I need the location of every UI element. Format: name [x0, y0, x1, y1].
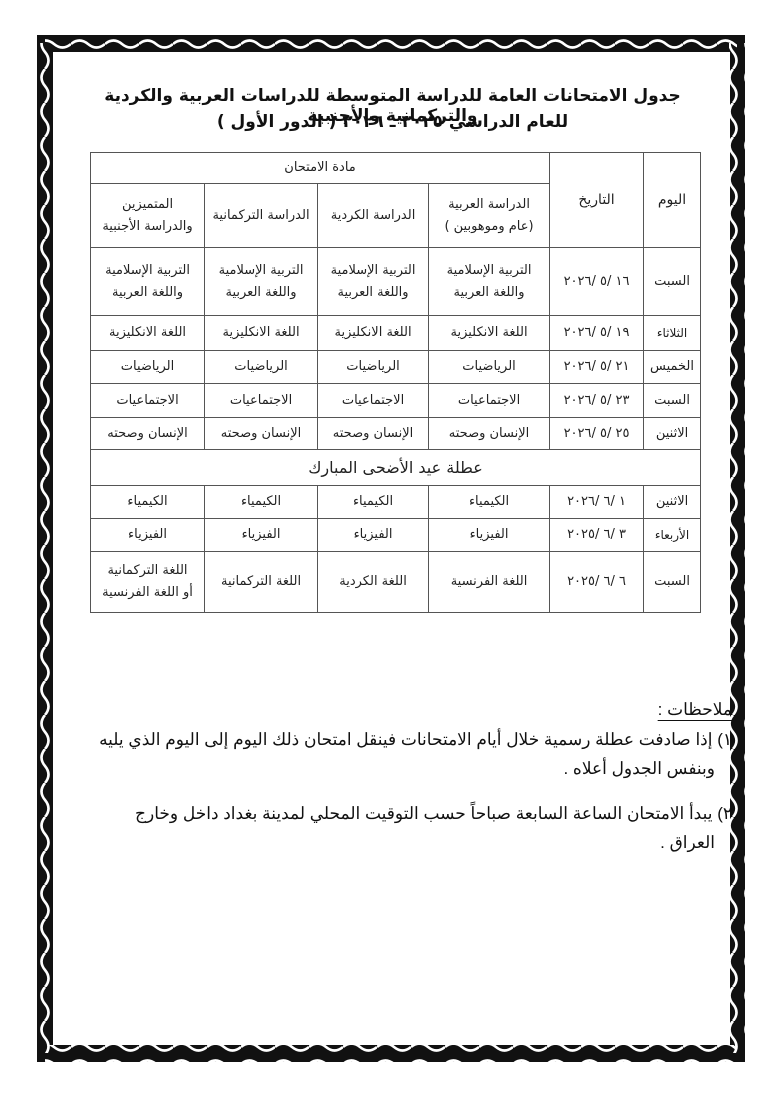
subject-cell: الكيمياء	[318, 486, 429, 519]
day-cell: السبت	[644, 384, 701, 418]
notes-title: ملاحظات :	[658, 700, 732, 720]
note-2-line1: ٢) يبدأ الامتحان الساعة السابعة صباحاً ح…	[135, 804, 732, 824]
day-cell: الخميس	[644, 351, 701, 384]
date-cell: ٢٥ /٥ /٢٠٢٦	[550, 418, 644, 450]
header-col-kurdish: الدراسة الكردية	[318, 184, 429, 248]
subject-cell: الاجتماعيات	[91, 384, 205, 418]
day-cell: السبت	[644, 552, 701, 613]
header-col-arabic: الدراسة العربية(عام وموهوبين )	[429, 184, 550, 248]
header-col-distinguished: المتميزينوالدراسة الأجنبية	[91, 184, 205, 248]
subject-cell: الاجتماعيات	[429, 384, 550, 418]
subject-cell: الاجتماعيات	[318, 384, 429, 418]
table-row: الاثنين ١ /٦ /٢٠٢٦ الكيمياء الكيمياء الك…	[91, 486, 701, 519]
subject-cell: التربية الإسلاميةواللغة العربية	[205, 248, 318, 316]
subject-cell: الفيزياء	[429, 519, 550, 552]
table-row: السبت ٢٣ /٥ /٢٠٢٦ الاجتماعيات الاجتماعيا…	[91, 384, 701, 418]
day-cell: الاثنين	[644, 486, 701, 519]
day-cell: السبت	[644, 248, 701, 316]
document-title-line2: للعام الدراسي ٢٠٢٥ ـ ٢٠٢٦ ( الدور الأول …	[60, 112, 725, 132]
day-cell: الثلاثاء	[644, 316, 701, 351]
subject-cell: اللغة الانكليزية	[205, 316, 318, 351]
date-cell: ١٩ /٥ /٢٠٢٦	[550, 316, 644, 351]
subject-cell: الإنسان وصحته	[205, 418, 318, 450]
date-cell: ٦ /٦ /٢٠٢٥	[550, 552, 644, 613]
subject-cell: الفيزياء	[318, 519, 429, 552]
header-row: اليوم التاريخ مادة الامتحان	[91, 153, 701, 184]
subject-cell: الإنسان وصحته	[429, 418, 550, 450]
header-col-turkmen: الدراسة التركمانية	[205, 184, 318, 248]
date-cell: ١٦ /٥ /٢٠٢٦	[550, 248, 644, 316]
subject-cell: الإنسان وصحته	[318, 418, 429, 450]
subject-cell: الكيمياء	[91, 486, 205, 519]
table-row: السبت ٦ /٦ /٢٠٢٥ اللغة الفرنسية اللغة ال…	[91, 552, 701, 613]
subject-cell: الإنسان وصحته	[91, 418, 205, 450]
exam-schedule-table: اليوم التاريخ مادة الامتحان الدراسة العر…	[90, 152, 701, 613]
holiday-row: عطلة عيد الأضحى المبارك	[91, 450, 701, 486]
subject-cell: الرياضيات	[318, 351, 429, 384]
subject-cell: اللغة الفرنسية	[429, 552, 550, 613]
subject-cell: اللغة التركمانيةأو اللغة الفرنسية	[91, 552, 205, 613]
table-row: الاثنين ٢٥ /٥ /٢٠٢٦ الإنسان وصحته الإنسا…	[91, 418, 701, 450]
note-2-line2: العراق .	[660, 833, 715, 853]
subject-cell: الرياضيات	[429, 351, 550, 384]
table-row: الأربعاء ٣ /٦ /٢٠٢٥ الفيزياء الفيزياء ال…	[91, 519, 701, 552]
subject-cell: الفيزياء	[91, 519, 205, 552]
subject-cell: الرياضيات	[205, 351, 318, 384]
header-subject-group: مادة الامتحان	[91, 153, 550, 184]
subject-cell: التربية الإسلاميةواللغة العربية	[318, 248, 429, 316]
subject-cell: التربية الإسلاميةواللغة العربية	[429, 248, 550, 316]
date-cell: ٣ /٦ /٢٠٢٥	[550, 519, 644, 552]
subject-cell: الفيزياء	[205, 519, 318, 552]
note-1-line1: ١) إذا صادفت عطلة رسمية خلال أيام الامتح…	[99, 730, 732, 750]
subject-cell: الاجتماعيات	[205, 384, 318, 418]
subject-cell: اللغة الانكليزية	[318, 316, 429, 351]
subject-cell: اللغة التركمانية	[205, 552, 318, 613]
header-date: التاريخ	[550, 153, 644, 248]
day-cell: الأربعاء	[644, 519, 701, 552]
subject-cell: التربية الإسلاميةواللغة العربية	[91, 248, 205, 316]
subject-cell: اللغة الانكليزية	[91, 316, 205, 351]
subject-cell: اللغة الانكليزية	[429, 316, 550, 351]
subject-cell: الكيمياء	[205, 486, 318, 519]
day-cell: الاثنين	[644, 418, 701, 450]
note-1-line2: وبنفس الجدول أعلاه .	[563, 759, 715, 779]
table-row: الثلاثاء ١٩ /٥ /٢٠٢٦ اللغة الانكليزية ال…	[91, 316, 701, 351]
subject-cell: الكيمياء	[429, 486, 550, 519]
holiday-label: عطلة عيد الأضحى المبارك	[91, 450, 701, 486]
date-cell: ٢٣ /٥ /٢٠٢٦	[550, 384, 644, 418]
table-row: السبت ١٦ /٥ /٢٠٢٦ التربية الإسلاميةواللغ…	[91, 248, 701, 316]
table-row: الخميس ٢١ /٥ /٢٠٢٦ الرياضيات الرياضيات ا…	[91, 351, 701, 384]
subject-cell: الرياضيات	[91, 351, 205, 384]
header-day: اليوم	[644, 153, 701, 248]
date-cell: ١ /٦ /٢٠٢٦	[550, 486, 644, 519]
date-cell: ٢١ /٥ /٢٠٢٦	[550, 351, 644, 384]
subject-cell: اللغة الكردية	[318, 552, 429, 613]
